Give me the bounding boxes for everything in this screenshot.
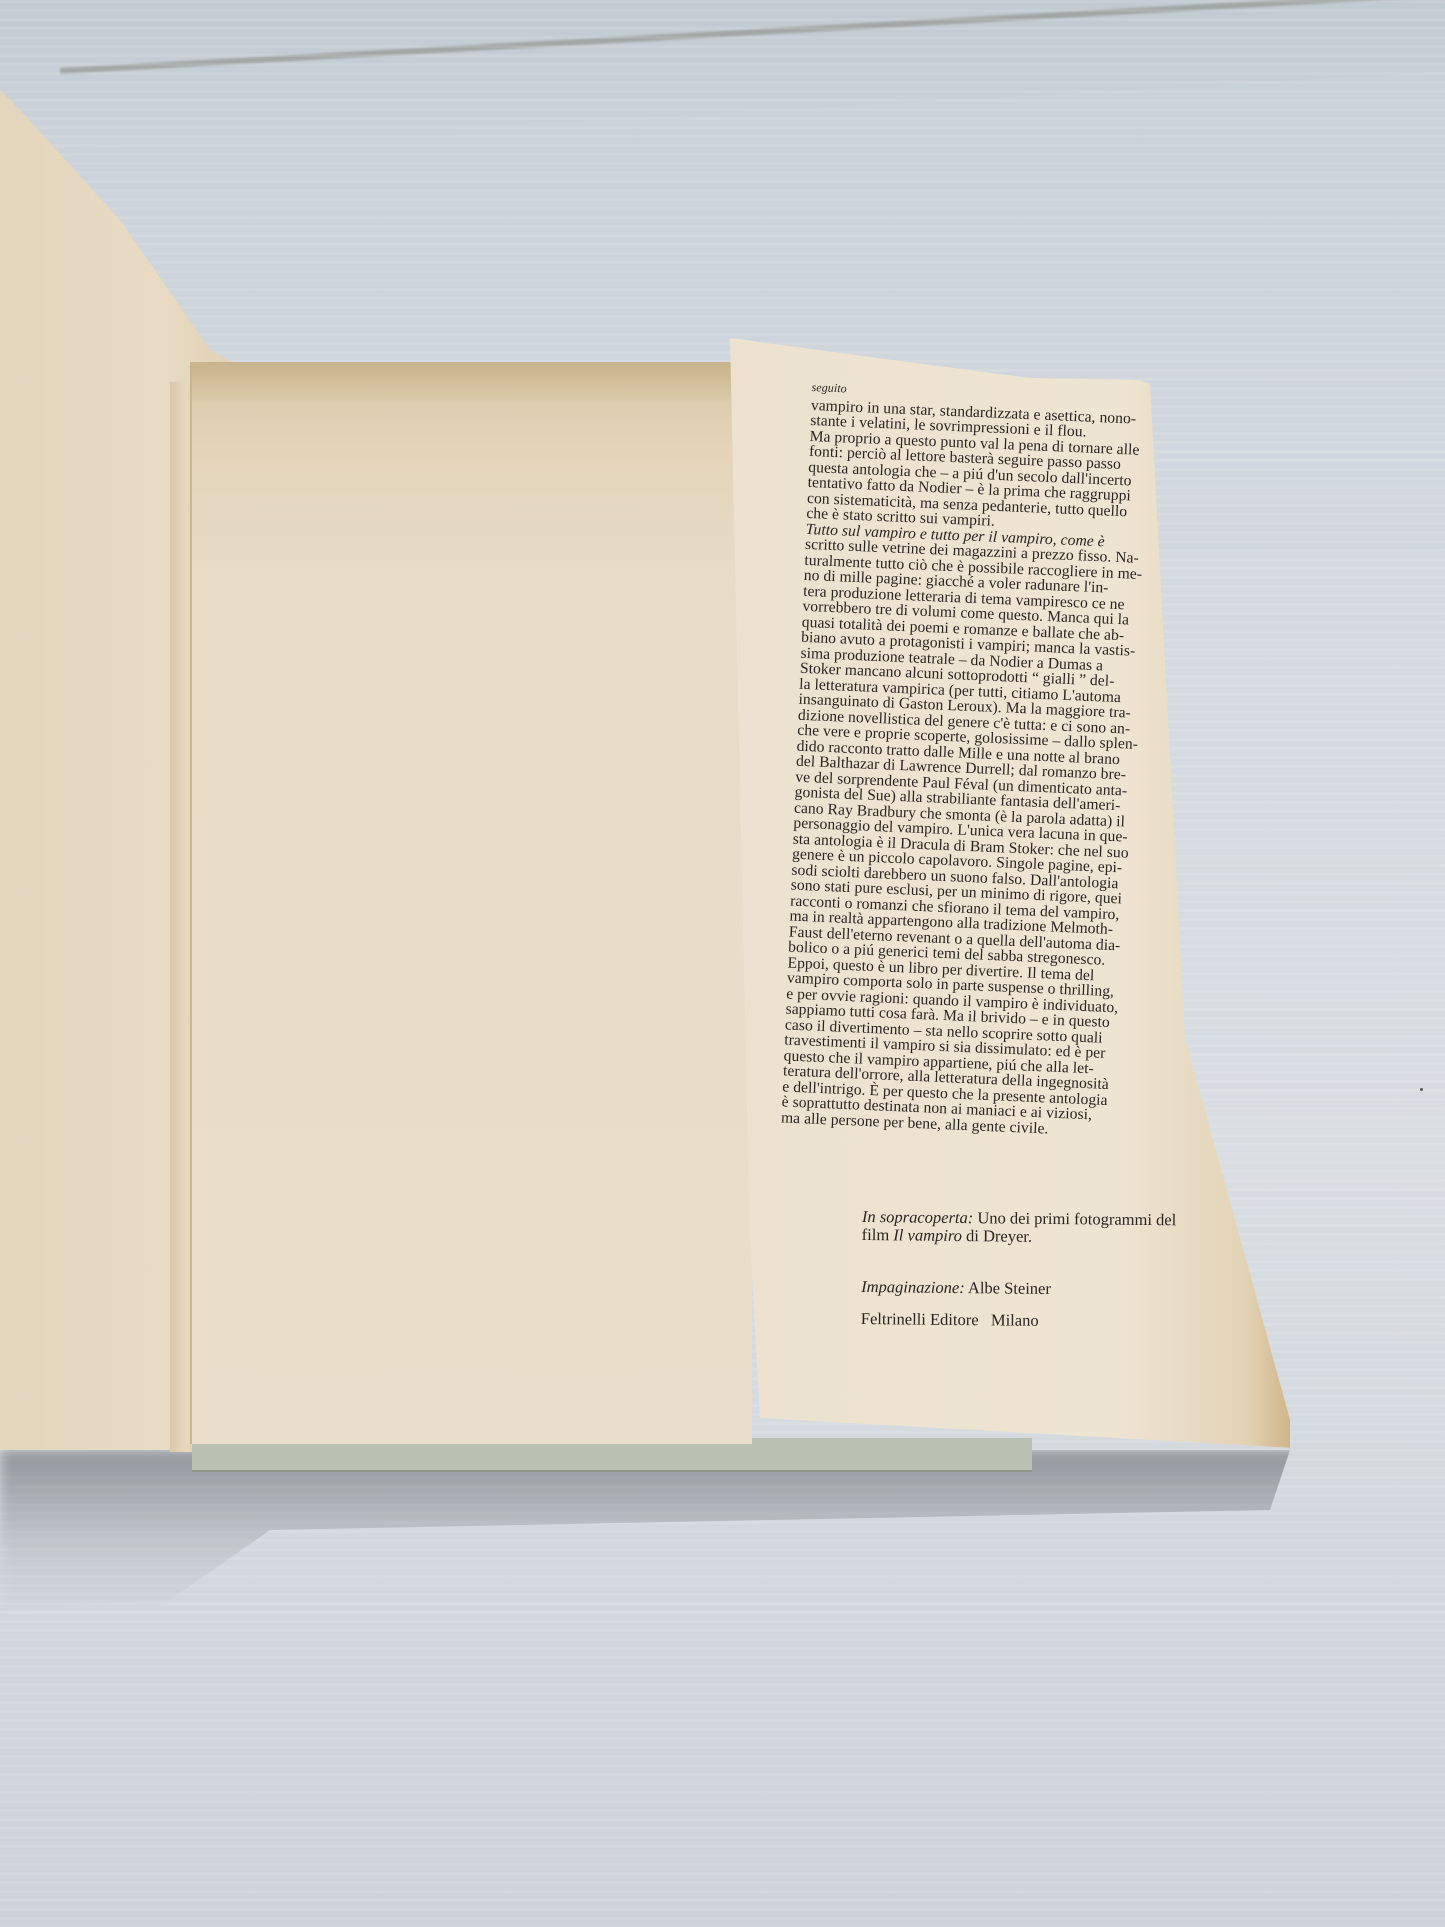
flap-text: seguito vampiro in una star, standardizz… <box>781 380 1212 1142</box>
flap-paragraph: vampiro in una star, standardizzata e as… <box>781 397 1211 1142</box>
flap-credits: In sopracoperta: Uno dei primi fotogramm… <box>861 1208 1242 1336</box>
cover-note: In sopracoperta: Uno dei primi fotogramm… <box>862 1208 1242 1248</box>
cover-note-film-suffix: di Dreyer. <box>966 1226 1032 1246</box>
publisher-imprint: Feltrinelli Editore Milano <box>861 1310 1241 1332</box>
cover-note-label: In sopracoperta: <box>862 1207 974 1227</box>
cover-note-film-title: Il vampiro <box>893 1225 962 1245</box>
book-shadow <box>0 1450 1300 1610</box>
cover-note-film-prefix: film <box>862 1225 890 1244</box>
inside-front-board <box>190 362 752 1444</box>
speck <box>1420 1088 1423 1091</box>
board-top-stain <box>190 362 750 402</box>
background-surface-upper <box>0 0 1445 150</box>
layout-value: Albe Steiner <box>968 1278 1051 1298</box>
layout-credit: Impaginazione: Albe Steiner <box>861 1278 1241 1300</box>
layout-label: Impaginazione: <box>861 1277 965 1297</box>
